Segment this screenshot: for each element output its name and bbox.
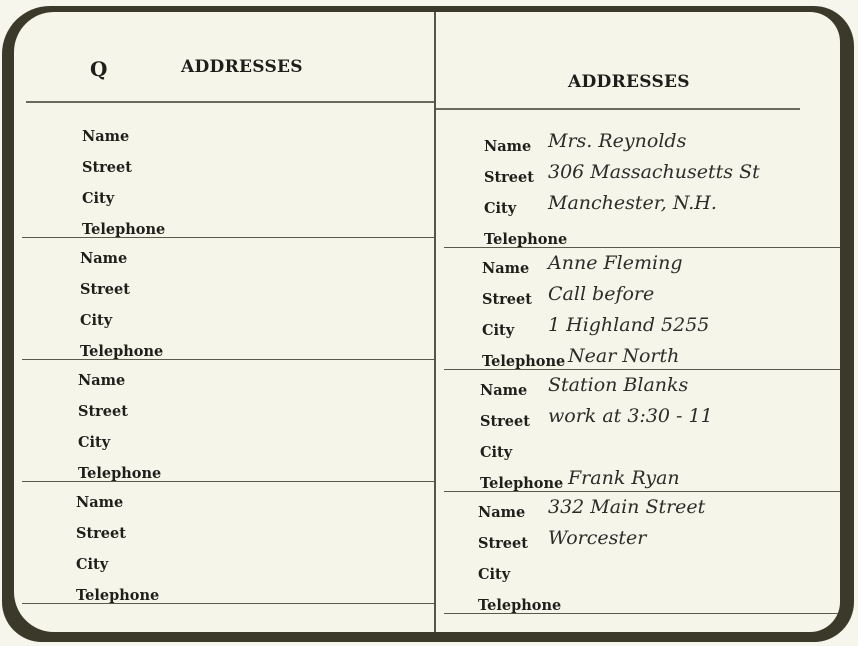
field-label-city: City [78,434,110,451]
field-label-street: Street [76,525,126,542]
field-value-street[interactable]: 306 Massachusetts St [548,161,760,183]
field-label-city: City [82,190,114,207]
field-label-name: Name [82,128,129,145]
page-title: ADDRESSES [568,72,690,92]
entry-divider [22,603,434,605]
address-entry: NameStreetCityTelephone [14,482,434,604]
field-label-telephone: Telephone [80,343,163,360]
field-label-street: Street [482,291,532,308]
address-entry: NameStation BlanksStreetwork at 3:30 - 1… [436,370,840,492]
field-label-city: City [482,322,514,339]
field-label-name: Name [80,250,127,267]
field-label-name: Name [478,504,525,521]
address-entry: NameStreetCityTelephone [14,238,434,360]
field-value-telephone[interactable]: Frank Ryan [568,467,680,489]
header-divider [436,108,800,110]
address-entry: NameStreetCityTelephone [14,360,434,482]
field-label-telephone: Telephone [78,465,161,482]
field-value-name[interactable]: 332 Main Street [548,496,705,518]
field-label-city: City [484,200,516,217]
field-label-street: Street [80,281,130,298]
field-label-street: Street [78,403,128,420]
field-label-street: Street [480,413,530,430]
left-page: Q ADDRESSES NameStreetCityTelephoneNameS… [14,12,434,632]
field-value-street[interactable]: Call before [548,283,654,305]
address-entry: NameStreetCityTelephone [14,116,434,238]
field-label-city: City [480,444,512,461]
field-label-city: City [80,312,112,329]
field-label-name: Name [484,138,531,155]
page-title: ADDRESSES [181,57,303,77]
field-label-name: Name [480,382,527,399]
address-entry: Name332 Main StreetStreetWorcesterCityTe… [436,492,840,614]
field-value-name[interactable]: Anne Fleming [548,252,682,274]
field-label-telephone: Telephone [82,221,165,238]
field-label-telephone: Telephone [484,231,567,248]
field-label-name: Name [78,372,125,389]
address-entry: NameAnne FlemingStreetCall beforeCity1 H… [436,248,840,370]
field-label-city: City [478,566,510,583]
field-label-city: City [76,556,108,573]
field-value-telephone[interactable]: Near North [568,345,679,367]
index-tab-letter: Q [90,57,108,81]
address-book-spread: Q ADDRESSES NameStreetCityTelephoneNameS… [14,12,840,632]
field-value-city[interactable]: Manchester, N.H. [548,192,717,214]
field-label-telephone: Telephone [482,353,565,370]
entry-divider [444,613,840,615]
header-divider [26,101,434,103]
field-value-street[interactable]: Worcester [548,527,646,549]
field-label-telephone: Telephone [480,475,563,492]
field-label-telephone: Telephone [478,597,561,614]
address-entry: NameMrs. ReynoldsStreet306 Massachusetts… [436,126,840,248]
field-label-telephone: Telephone [76,587,159,604]
right-page: ADDRESSES NameMrs. ReynoldsStreet306 Mas… [436,12,840,632]
field-value-name[interactable]: Mrs. Reynolds [548,130,686,152]
field-label-street: Street [82,159,132,176]
field-label-name: Name [482,260,529,277]
field-label-street: Street [478,535,528,552]
field-label-name: Name [76,494,123,511]
field-value-street[interactable]: work at 3:30 - 11 [548,405,713,427]
field-value-name[interactable]: Station Blanks [548,374,688,396]
field-value-city[interactable]: 1 Highland 5255 [548,314,709,336]
field-label-street: Street [484,169,534,186]
